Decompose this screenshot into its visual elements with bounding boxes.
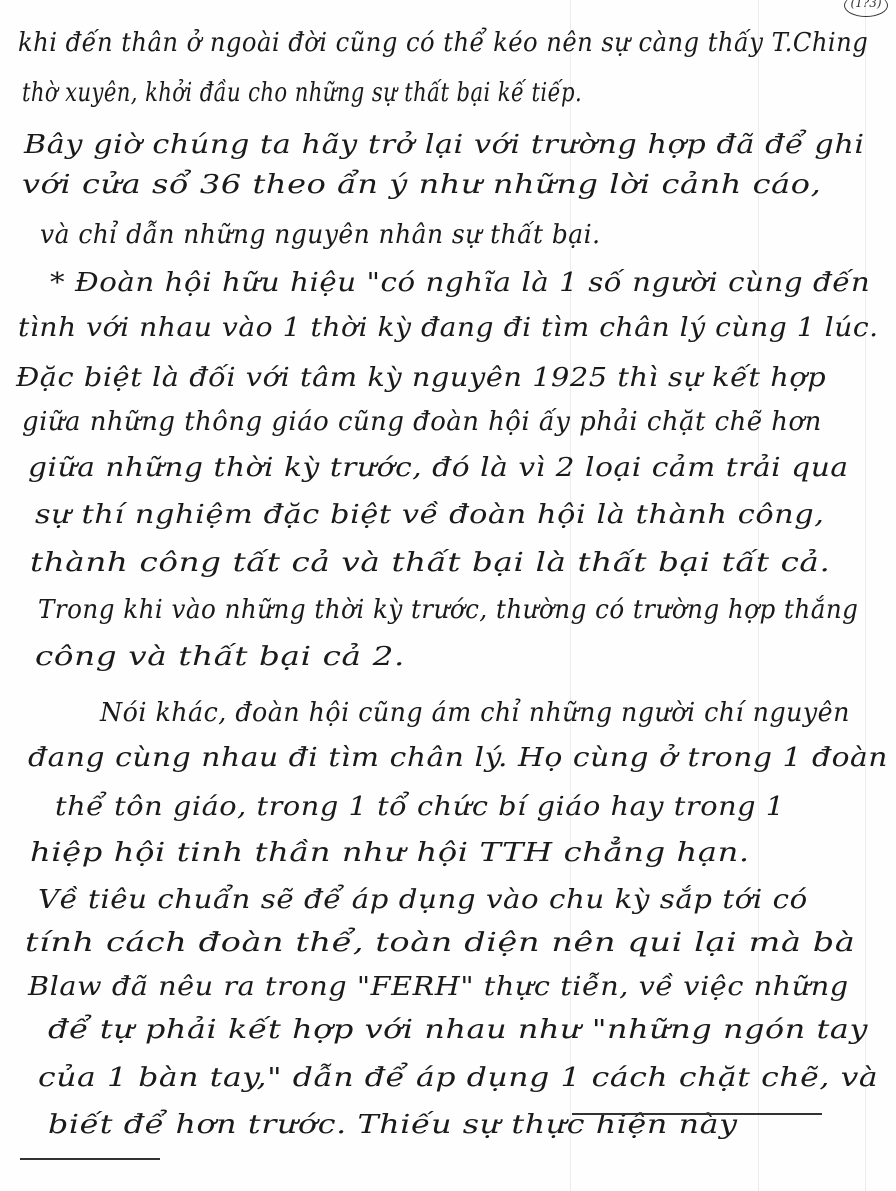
handwritten-line: Trong khi vào những thời kỳ trước, thườn… [38,595,858,625]
handwritten-line: giữa những thông giáo cũng đoàn hội ấy p… [22,407,822,437]
handwritten-line: với cửa sổ 36 theo ẩn ý như những lời cả… [22,170,821,200]
handwritten-line: biết để hơn trước. Thiếu sự thực hiện nà… [48,1110,738,1140]
handwritten-line: khi đến thân ở ngoài đời cũng có thể kéo… [18,28,868,58]
handwritten-line: công và thất bại cả 2. [35,642,405,672]
page-number: (1?3) [844,0,888,17]
underline-mark [572,1113,822,1115]
handwritten-line: Đặc biệt là đối với tâm kỳ nguyên 1925 t… [16,363,826,393]
handwritten-line: thành công tất cả và thất bại là thất bạ… [30,548,830,578]
handwritten-line: của 1 bàn tay," dẫn để áp dụng 1 cách ch… [38,1063,878,1093]
handwritten-line: thờ xuyên, khởi đầu cho những sự thất bạ… [22,78,582,108]
handwritten-line: và chỉ dẫn những nguyên nhân sự thất bại… [40,220,600,250]
handwritten-line: sự thí nghiệm đặc biệt về đoàn hội là th… [35,500,825,530]
handwritten-line: để tự phải kết hợp với nhau như "những n… [48,1015,868,1045]
handwritten-line: Nói khác, đoàn hội cũng ám chỉ những ngư… [100,698,850,728]
handwritten-line: tình với nhau vào 1 thời kỳ đang đi tìm … [18,313,879,343]
handwritten-line: Bây giờ chúng ta hãy trở lại với trường … [24,130,865,160]
handwritten-line: Blaw đã nêu ra trong "FERH" thực tiễn, v… [28,972,849,1002]
manuscript-page: (1?3) khi đến thân ở ngoài đời cũng có t… [0,0,896,1191]
handwritten-line: thể tôn giáo, trong 1 tổ chức bí giáo ha… [55,792,785,822]
handwritten-line: * Đoàn hội hữu hiệu "có nghĩa là 1 số ng… [50,268,870,298]
handwritten-line: giữa những thời kỳ trước, đó là vì 2 loạ… [28,453,849,483]
handwritten-line: tính cách đoàn thể, toàn diện nên qui lạ… [25,928,855,958]
handwritten-line: Về tiêu chuẩn sẽ để áp dụng vào chu kỳ s… [38,885,808,915]
underline-mark [20,1158,160,1160]
handwritten-line: đang cùng nhau đi tìm chân lý. Họ cùng ở… [28,743,888,773]
ruled-line [865,0,866,1191]
handwritten-line: hiệp hội tinh thần như hội TTH chẳng hạn… [30,838,750,868]
